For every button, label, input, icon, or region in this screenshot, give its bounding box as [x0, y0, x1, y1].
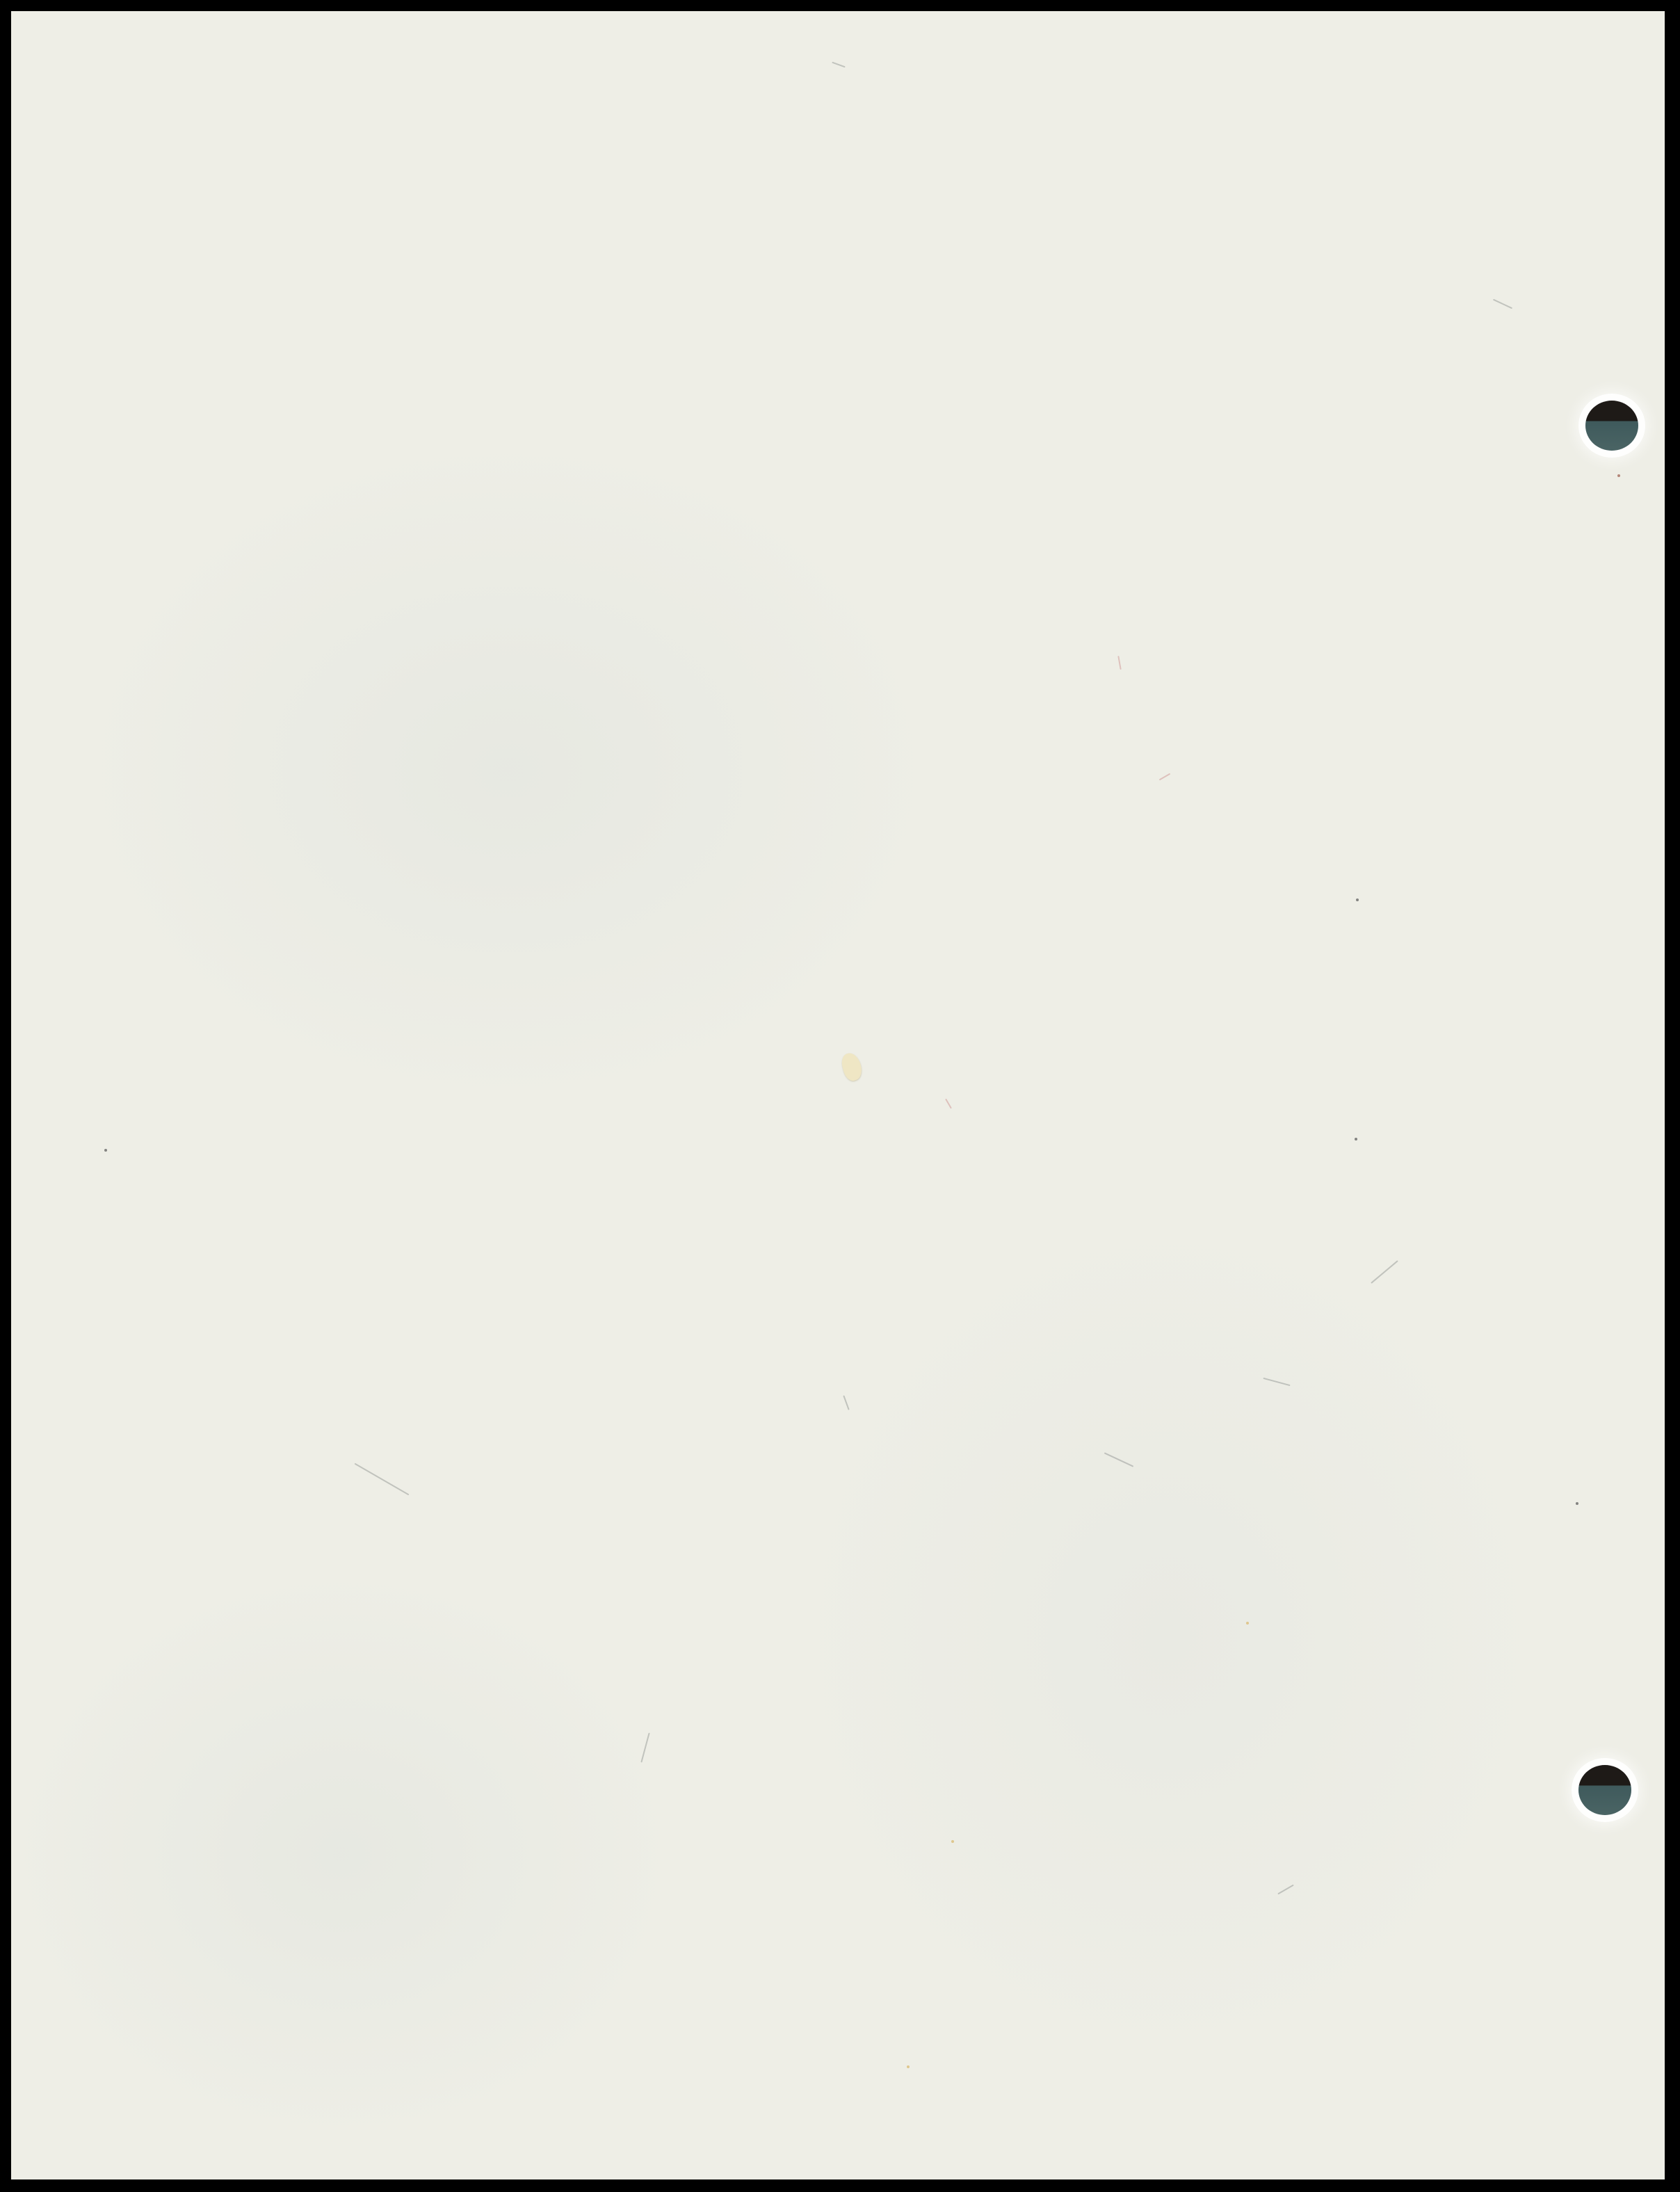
paper-fiber	[1117, 656, 1121, 670]
paper-fiber	[640, 1732, 649, 1762]
paper-fiber	[1277, 1885, 1294, 1895]
paper-fiber	[1493, 299, 1512, 309]
punch-hole-bottom	[1578, 1765, 1631, 1815]
paper-fiber	[832, 62, 845, 68]
paper-speck	[1617, 474, 1620, 477]
paper-fiber	[1263, 1378, 1290, 1386]
paper-fiber	[1371, 1260, 1398, 1284]
paper-speck	[907, 2065, 910, 2068]
paper-fiber	[355, 1463, 410, 1496]
paper-speck	[1356, 898, 1359, 901]
blank-paper-page	[11, 11, 1665, 2179]
paper-speck	[104, 1149, 107, 1152]
paper-fiber	[945, 1099, 952, 1109]
paper-fiber	[843, 1395, 849, 1410]
glue-blob-mark	[839, 1051, 864, 1082]
punch-hole-top	[1585, 401, 1638, 451]
paper-fiber	[1104, 1452, 1134, 1467]
paper-fiber	[1159, 773, 1171, 781]
paper-speck	[951, 1840, 954, 1843]
paper-speck	[1355, 1138, 1357, 1141]
paper-speck	[1576, 1502, 1578, 1505]
paper-speck	[1246, 1622, 1249, 1625]
